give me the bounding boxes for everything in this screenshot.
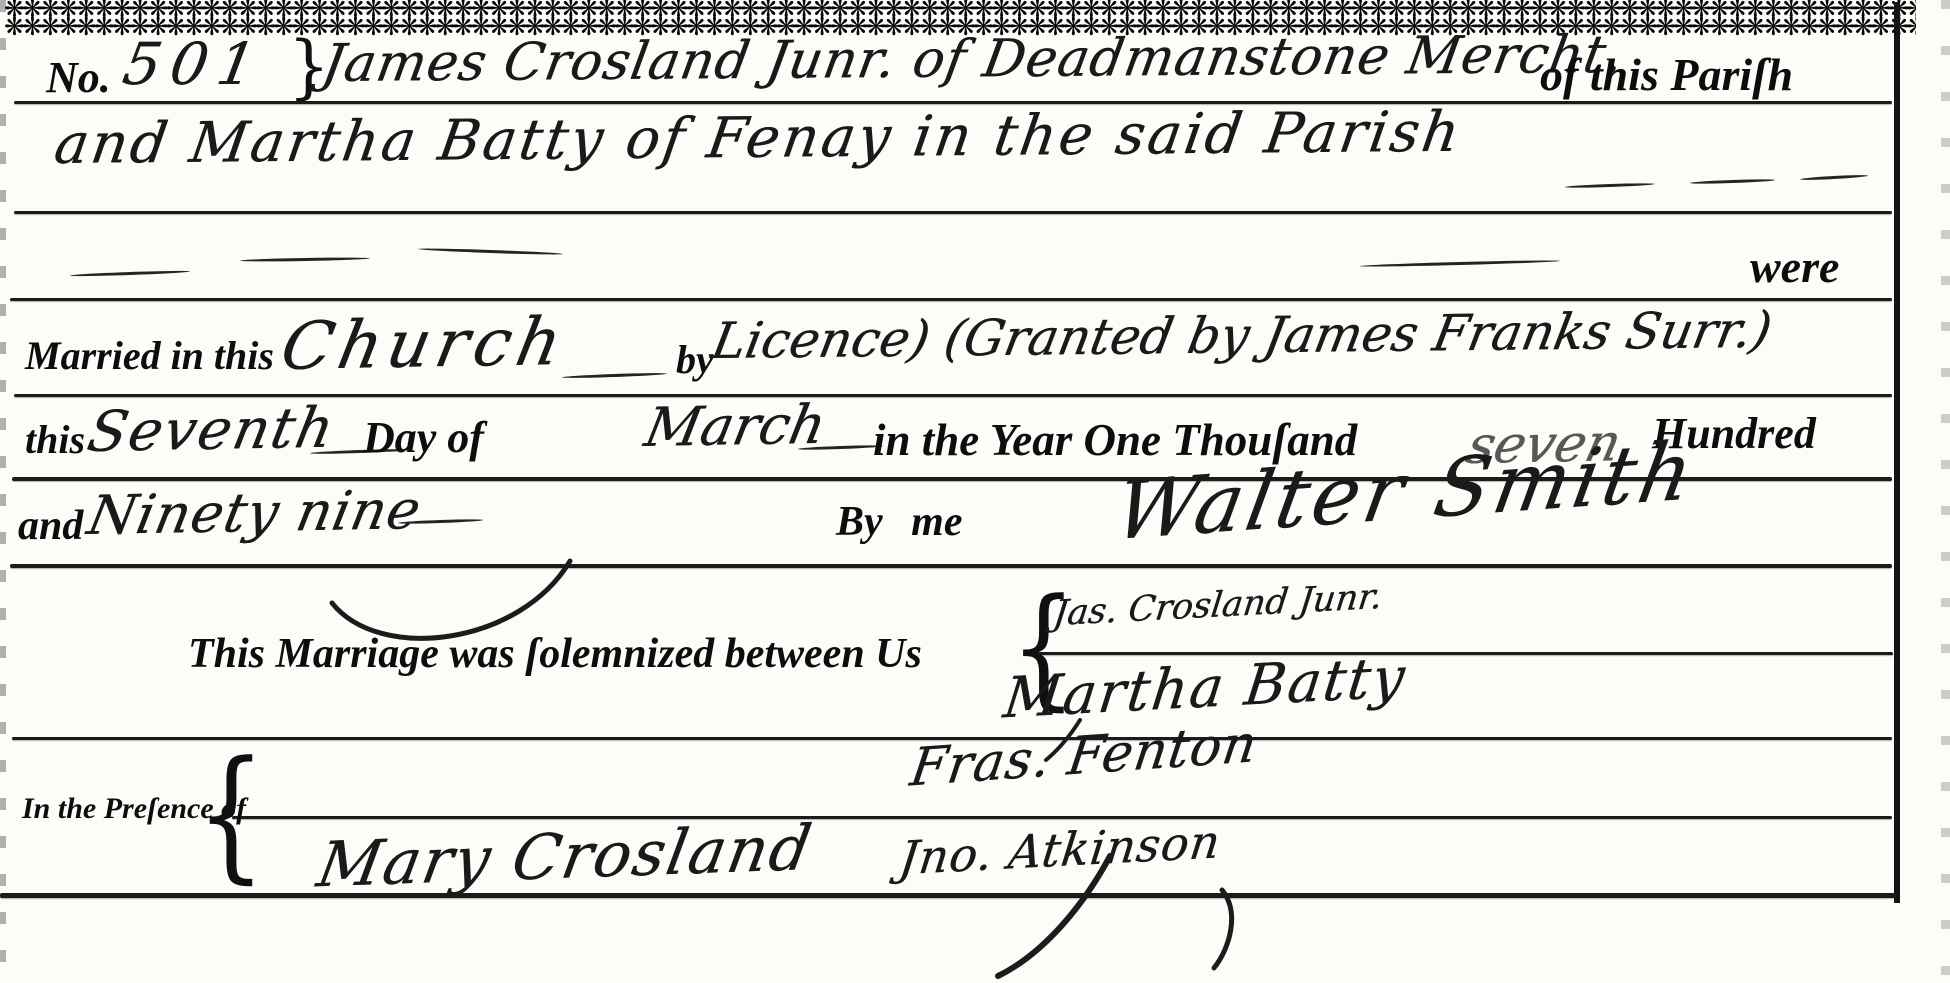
year-units-written: Ninety nine [83,478,427,547]
bride-name-written: and Martha Batty of Fenay in the said Pa… [50,100,1466,177]
entry-number-value: 501 [118,30,271,98]
place-written: Church [275,303,574,385]
ruled-line [1035,652,1893,655]
and-printed: and [18,502,83,550]
ink-dash [562,372,667,379]
marriage-register-entry: ❋❋❋❋❋❋❋❋❋❋❋❋❋❋❋❋❋❋❋❋❋❋❋❋❋❋❋❋❋❋❋❋❋❋❋❋❋❋❋❋… [0,0,1950,983]
groom-signature: Jas. Crosland Junr. [1051,577,1384,635]
witnesses-brace: { [196,742,266,885]
ink-dash [418,247,563,255]
licence-written: Licence) (Granted by James Franks Surr.) [707,301,1776,370]
groom-name-written: James Crosland Junr. of Deadmanstone Mer… [318,25,1629,94]
ink-flourish [1040,718,1100,763]
ruled-line [10,298,1892,301]
ruled-line [10,564,1892,568]
day-written: Seventh [82,396,340,465]
day-of-printed: Day of [363,412,484,463]
this-printed: this [25,416,85,463]
paper-edge-left [0,0,6,983]
ink-flourish [960,848,1260,983]
ink-dash [1800,174,1868,181]
ink-dash [1565,182,1655,188]
were-printed: were [1750,240,1839,293]
by-me-printed: By me [836,498,962,546]
paper-edge-right [1941,0,1950,983]
right-margin-rule [1894,2,1900,903]
married-in-this-printed: Married in this [25,332,274,379]
ink-dash [1690,179,1775,185]
of-this-parish-printed: of this Pariſh [1540,48,1793,101]
ruled-line [232,816,1892,819]
solemnized-printed: This Marriage was ſolemnized between Us [188,630,922,678]
ink-dash [1360,259,1560,267]
witness-2-signature: Mary Crosland [312,811,818,902]
ruled-line [0,893,1896,898]
ruled-line [14,211,1892,214]
ink-dash [240,257,370,262]
entry-number-label: No. [46,52,111,103]
ink-dash [70,270,190,277]
